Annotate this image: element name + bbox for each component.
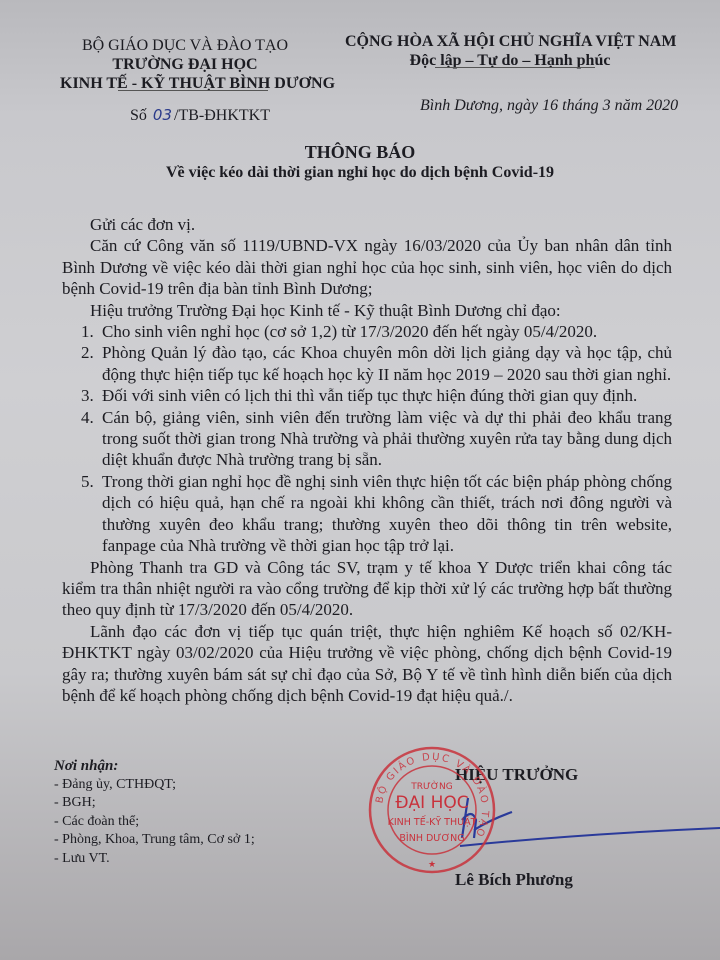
school-name-line1: TRƯỜNG ĐẠI HỌC [60,55,310,74]
svg-text:BÌNH DƯƠNG: BÌNH DƯƠNG [399,832,464,844]
national-header: CỘNG HÒA XÃ HỘI CHỦ NGHĨA VIỆT NAM Độc l… [345,32,675,70]
directive-item: Phòng Quản lý đào tạo, các Khoa chuyên m… [98,342,672,385]
issuer-header: BỘ GIÁO DỤC VÀ ĐÀO TẠO TRƯỜNG ĐẠI HỌC KI… [60,36,310,93]
svg-text:KINH TẾ-KỸ THUẬT: KINH TẾ-KỸ THUẬT [388,816,477,828]
country-name: CỘNG HÒA XÃ HỘI CHỦ NGHĨA VIỆT NAM [345,32,675,51]
recipient-item: - BGH; [54,794,255,813]
document-page: BỘ GIÁO DỤC VÀ ĐÀO TẠO TRƯỜNG ĐẠI HỌC KI… [0,0,720,960]
legal-basis: Căn cứ Công văn số 1119/UBND-VX ngày 16/… [62,235,672,299]
header-divider-left [118,90,268,91]
recipients-heading: Nơi nhận: [54,757,255,776]
official-seal-icon: BỘ GIÁO DỤC VÀ ĐÀO TẠO TRƯỜNG ĐẠI HỌC KI… [367,745,497,875]
recipients-block: Nơi nhận: - Đảng ủy, CTHĐQT; - BGH; - Cá… [54,757,255,868]
ministry-name: BỘ GIÁO DỤC VÀ ĐÀO TẠO [60,36,310,55]
doc-number-suffix: /TB-ĐHKTKT [174,107,270,124]
recipient-item: - Các đoàn thể; [54,813,255,832]
recipient-item: - Lưu VT. [54,850,255,869]
signatory-name: Lê Bích Phương [455,870,573,890]
svg-text:★: ★ [428,859,436,869]
doc-number-handwritten: 03 [153,106,172,124]
svg-text:TRƯỜNG: TRƯỜNG [410,780,452,792]
directive-item: Cho sinh viên nghỉ học (cơ sở 1,2) từ 17… [98,321,672,342]
directive-item: Đối với sinh viên có lịch thi thì vẫn ti… [98,385,672,406]
recipient-item: - Đảng ủy, CTHĐQT; [54,776,255,795]
directive-list: Cho sinh viên nghỉ học (cơ sở 1,2) từ 17… [62,321,672,556]
closing-paragraph: Lãnh đạo các đơn vị tiếp tục quán triệt,… [62,621,672,707]
doc-number-prefix: Số [130,107,147,124]
inspection-paragraph: Phòng Thanh tra GD và Công tác SV, trạm … [62,557,672,621]
recipient-item: - Phòng, Khoa, Trung tâm, Cơ sở 1; [54,831,255,850]
greeting: Gửi các đơn vị. [62,214,672,235]
document-title: THÔNG BÁO [0,142,720,163]
svg-text:ĐẠI HỌC: ĐẠI HỌC [395,793,468,813]
document-subtitle: Về việc kéo dài thời gian nghỉ học do dị… [0,164,720,182]
directive-item: Cán bộ, giảng viên, sinh viên đến trường… [98,407,672,471]
document-body: Gửi các đơn vị. Căn cứ Công văn số 1119/… [62,214,672,706]
directive-item: Trong thời gian nghỉ học đề nghị sinh vi… [98,471,672,557]
header-divider-right [435,67,595,68]
directive-intro: Hiệu trưởng Trường Đại học Kinh tế - Kỹ … [62,300,672,321]
place-date: Bình Dương, ngày 16 tháng 3 năm 2020 [420,97,678,115]
document-number: Số 03/TB-ĐHKTKT [130,106,270,125]
